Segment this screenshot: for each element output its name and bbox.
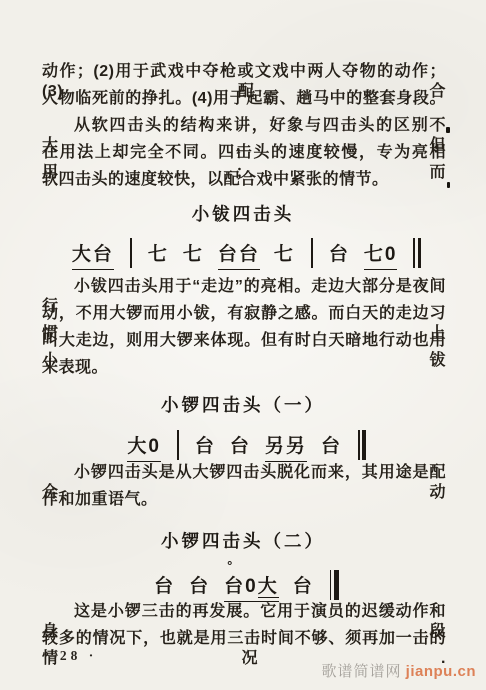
barline-icon [130,238,132,268]
intro-line-2: 人物临死前的挣扎。(4)用于起霸、趟马中的整套身段。 [42,89,446,109]
final-barline-icon [330,570,339,600]
barline-icon [311,238,313,268]
notation-token: 七 [274,239,295,266]
barline-icon [177,430,179,460]
notation-subtoken: 台0 [224,576,258,597]
notation-token: 台 [293,571,314,598]
notation-token: 台 [154,571,175,598]
section3-title: 小锣四击头（二） [0,528,486,553]
notation-token: 台 [189,571,210,598]
notation-token: 台台 [218,239,260,270]
section1-notation: 大台七七台台七台七0 [0,238,486,270]
final-barline-icon [413,238,421,268]
ink-speck [447,182,450,188]
notation-token: 另另 [265,431,307,462]
ink-speck [446,127,450,133]
intro-line-5: 软四击头的速度较快，以配合戏中紧张的情节。 [42,170,446,190]
section3-notation: 台台°台0大台 [0,570,486,602]
final-barline-icon [358,430,366,460]
book-page: 动作；(2)用于武戏中夺枪或文戏中两人夺物的动作；(3)配合 人物临死前的挣扎。… [0,0,486,690]
notation-token: 台 [321,431,342,458]
notation-token: 大0 [127,431,161,462]
section2-title: 小锣四击头（一） [0,392,486,417]
ring-mark-icon: ° [227,558,232,573]
section2-notation: 大0台台另另台 [0,430,486,462]
notation-token: 七 [148,239,169,266]
notation-token: 大台 [72,239,114,270]
watermark-site-name: 歌谱简谱网 [321,663,401,680]
section2-body-2: 作和加重语气。 [42,490,446,510]
page-number: · 28 · [44,648,97,664]
notation-token: 台 [329,239,350,266]
notation-token: 台 [230,431,251,458]
notation-subtoken: 大 [258,576,279,598]
notation-token: 七 [183,239,204,266]
watermark-site-url: jianpu.cn [406,663,476,680]
watermark: 歌谱简谱网 jianpu.cn [321,660,476,681]
section1-title: 小钹四击头 [0,201,486,226]
notation-token: 七0 [364,239,398,270]
notation-token: °台0大 [224,571,279,602]
notation-token: 台 [195,431,216,458]
section1-body-4: 来表现。 [42,358,446,378]
